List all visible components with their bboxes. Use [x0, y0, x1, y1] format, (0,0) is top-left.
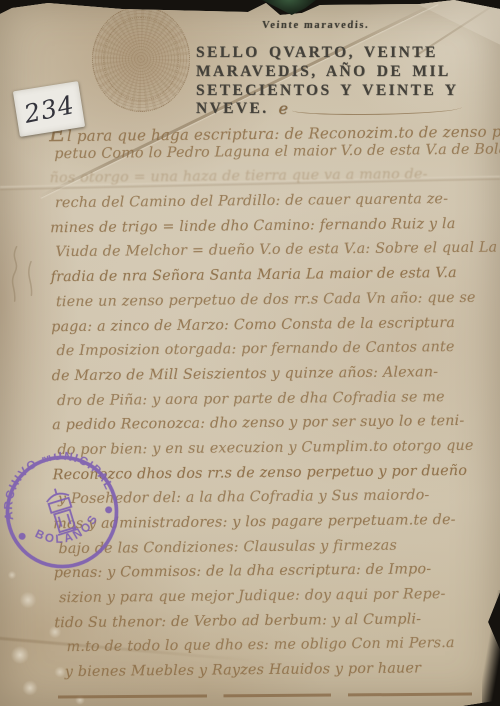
tax-stamp-line: SETECIENTOS Y VEINTE Y [196, 82, 462, 101]
curled-edge-shadow [482, 590, 500, 706]
stamp-left-dot [18, 532, 27, 541]
paper-sheet: Veinte maravedis. SELLO QVARTO, VEINTEMA… [0, 0, 500, 706]
archive-number-text: 234 [21, 90, 77, 129]
bottom-ink-rule [58, 693, 472, 698]
stamp-crest-emblem [44, 485, 79, 535]
manuscript-body: El para que haga escriptura: de Reconozi… [49, 117, 479, 689]
margin-scribble [0, 228, 54, 313]
embossed-seal [92, 6, 190, 112]
tax-stamp-gothic-header: Veinte maravedis. [262, 20, 370, 31]
manuscript-line: y bienes Muebles y Rayzes Hauidos y por … [65, 660, 479, 689]
scanned-document-page: Veinte maravedis. SELLO QVARTO, VEINTEMA… [0, 0, 500, 706]
tax-stamp-line: SELLO QVARTO, VEINTE [196, 44, 462, 63]
tax-stamp-line: MARAVEDIS, AÑO DE MIL [196, 63, 462, 82]
ink-flourish-line [292, 105, 462, 115]
stamp-right-dot [104, 506, 113, 515]
ink-flourish-mark: e [279, 100, 288, 119]
tax-stamp-lines: SELLO QVARTO, VEINTEMARAVEDIS, AÑO DE MI… [196, 44, 462, 100]
tax-stamp-line: NVEVE. [196, 100, 269, 119]
tax-stamp-text-block: SELLO QVARTO, VEINTEMARAVEDIS, AÑO DE MI… [196, 44, 462, 119]
